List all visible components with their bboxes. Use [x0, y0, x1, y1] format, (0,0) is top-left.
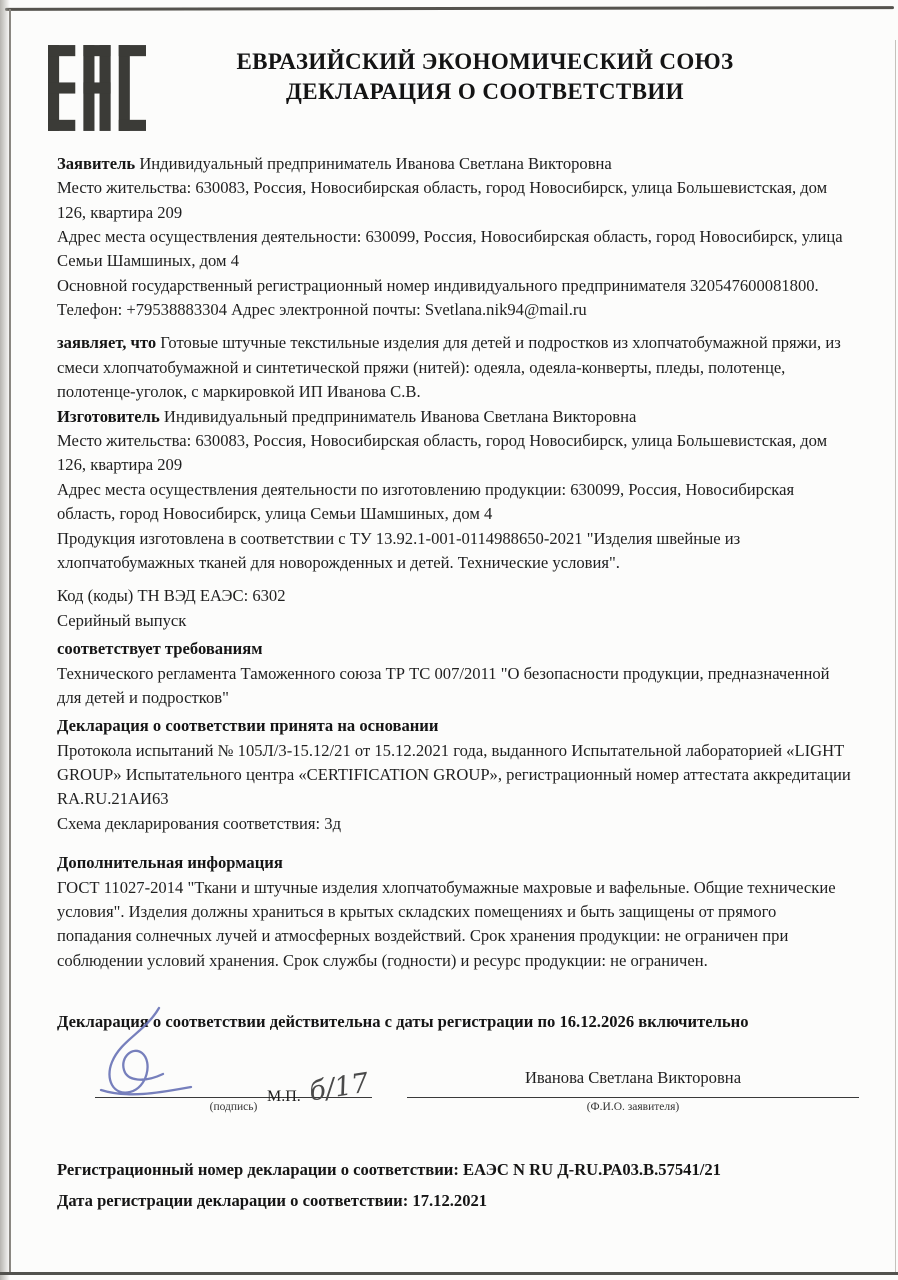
scan-edge-bottom: [0, 1272, 898, 1275]
declares-label: заявляет, что: [57, 333, 156, 352]
eac-mark-icon: [48, 45, 146, 131]
applicant-activity-address: Адрес места осуществления деятельности: …: [57, 225, 853, 274]
compliance-label: соответствует требованиям: [57, 637, 853, 661]
applicant-paragraph: Заявитель Индивидуальный предприниматель…: [57, 152, 853, 176]
document-content: ЕВРАЗИЙСКИЙ ЭКОНОМИЧЕСКИЙ СОЮЗ ДЕКЛАРАЦИ…: [57, 45, 853, 1211]
declares-paragraph: заявляет, что Готовые штучные текстильны…: [57, 331, 853, 404]
scanned-declaration-page: ЕВРАЗИЙСКИЙ ЭКОНОМИЧЕСКИЙ СОЮЗ ДЕКЛАРАЦИ…: [0, 0, 898, 1280]
manufacturer-production-address: Адрес места осуществления деятельности п…: [57, 478, 853, 527]
document-body: Заявитель Индивидуальный предприниматель…: [57, 152, 853, 974]
applicant-fullname: Иванова Светлана Викторовна: [407, 1068, 859, 1088]
scan-edge-right: [895, 40, 896, 1272]
manufacturer-label: Изготовитель: [57, 407, 160, 426]
manufacturer-tu: Продукция изготовлена в соответствии с Т…: [57, 527, 853, 576]
compliance-text: Технического регламента Таможенного союз…: [57, 662, 853, 711]
scan-edge-top: [5, 6, 894, 11]
applicant-contacts: Телефон: +79538883304 Адрес электронной …: [57, 298, 853, 322]
tnved-code-line: Код (коды) ТН ВЭД ЕАЭС: 6302: [57, 584, 853, 608]
title-union: ЕВРАЗИЙСКИЙ ЭКОНОМИЧЕСКИЙ СОЮЗ: [117, 47, 853, 77]
stamp-place-label: М.П.: [267, 1088, 301, 1106]
handwritten-signature: [87, 1006, 207, 1108]
document-title: ЕВРАЗИЙСКИЙ ЭКОНОМИЧЕСКИЙ СОЮЗ ДЕКЛАРАЦИ…: [57, 45, 853, 108]
applicant-ogrnip: Основной государственный регистрационный…: [57, 274, 853, 298]
signature-block: (подпись) М.П. б/17 Иванова Светлана Вик…: [57, 1034, 853, 1134]
registration-number-line: Регистрационный номер декларации о соотв…: [57, 1160, 853, 1180]
title-declaration: ДЕКЛАРАЦИЯ О СООТВЕТСТВИИ: [117, 77, 853, 107]
additional-label: Дополнительная информация: [57, 851, 853, 875]
scheme-line: Схема декларирования соответствия: 3д: [57, 812, 853, 836]
basis-label: Декларация о соответствии принята на осн…: [57, 714, 853, 738]
manufacturer-paragraph: Изготовитель Индивидуальный предпринимат…: [57, 405, 853, 429]
applicant-label: Заявитель: [57, 154, 135, 173]
applicant-residence: Место жительства: 630083, Россия, Новоси…: [57, 176, 853, 225]
registration-date-line: Дата регистрации декларации о соответств…: [57, 1191, 853, 1211]
additional-text: ГОСТ 11027-2014 "Ткани и штучные изделия…: [57, 876, 853, 974]
manufacturer-residence: Место жительства: 630083, Россия, Новоси…: [57, 429, 853, 478]
basis-text: Протокола испытаний № 105Л/3-15.12/21 от…: [57, 739, 853, 812]
fullname-caption: (Ф.И.О. заявителя): [407, 1101, 859, 1113]
serial-release-line: Серийный выпуск: [57, 609, 853, 633]
fullname-line: [407, 1097, 859, 1098]
scan-edge-left: [9, 9, 11, 1272]
